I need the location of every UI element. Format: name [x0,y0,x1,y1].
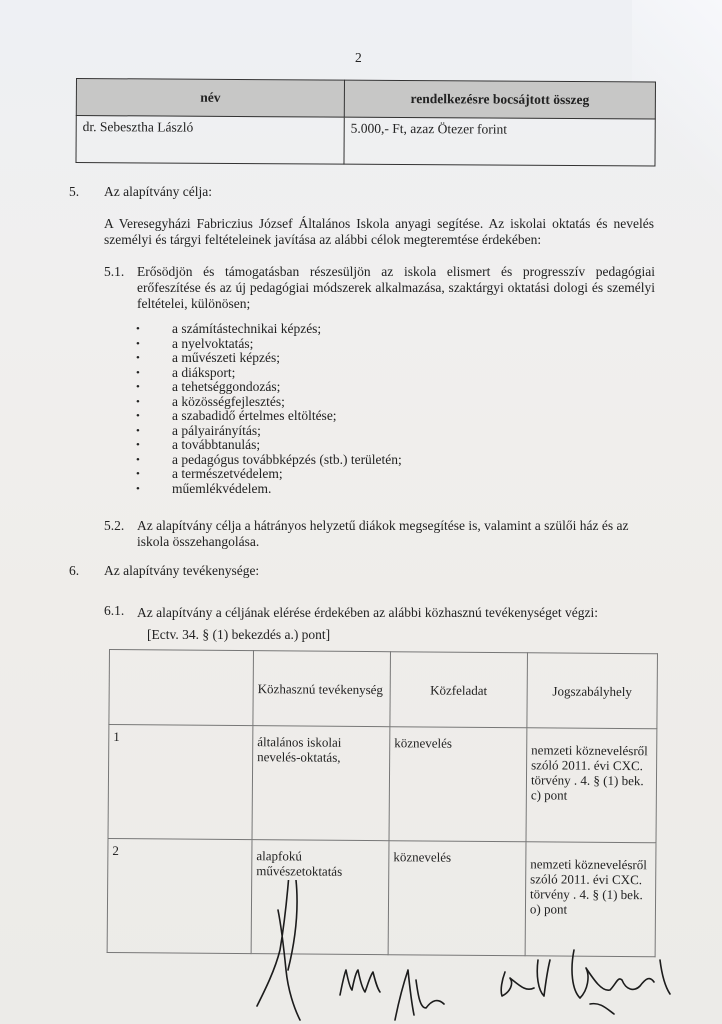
section-5-2-number: 5.2. [104,518,124,534]
table-row: 1 általános iskolai nevelés-oktatás, köz… [108,725,657,843]
list-item: a szabadidő értelmes eltöltése; [136,409,496,424]
list-item: a diáksport; [136,366,496,381]
section-5-title: Az alapítvány célja: [104,184,212,200]
list-item: a közösségfejlesztés; [136,395,496,410]
header-public-task: Közfeladat [390,652,528,728]
section-6-1-text: Az alapítvány a céljának elérése érdekéb… [137,605,662,621]
signature-4 [501,960,550,996]
list-item: a természetvédelem; [136,467,496,482]
legal-reference: [Ectv. 34. § (1) bekezdés a.) pont] [147,627,330,643]
header-activity: Közhasznú tevékenység [253,651,391,727]
signature-1 [257,880,300,1020]
list-item: műemlékvédelem. [136,482,496,497]
signature-5 [572,950,670,1014]
section-5-1-text: Erősödjön és támogatásban részesüljön az… [137,264,655,312]
donor-table: név rendelkezésre bocsájtott összeg dr. … [75,78,656,167]
list-item: a művészeti képzés; [136,351,496,366]
header-amount: rendelkezésre bocsájtott összeg [344,80,655,119]
signatures [230,880,722,1024]
list-item: a pedagógus továbbképzés (stb.) területé… [136,453,496,468]
list-item: a tehetséggondozás; [136,380,496,395]
row-legal-basis: nemzeti köznevelésről szóló 2011. évi CX… [526,728,657,843]
section-5-1-number: 5.1. [104,264,124,280]
list-item: a pályairányítás; [136,424,496,439]
signature-2 [340,970,380,995]
row-index: 1 [108,725,253,840]
section-6-1-number: 6.1. [104,603,124,619]
list-item: a továbbtanulás; [136,438,496,453]
donor-name: dr. Sebesztha László [76,116,344,165]
list-item: a számítástechnikai képzés; [136,322,496,337]
table-row: dr. Sebesztha László 5.000,- Ft, azaz Öt… [76,116,655,167]
activity-table-header: Közhasznú tevékenység Közfeladat Jogszab… [109,650,658,729]
row-public-task: köznevelés [389,727,527,842]
signature-3 [395,970,444,1020]
header-index [109,650,254,726]
donor-table-header: név rendelkezésre bocsájtott összeg [76,79,655,120]
section-6-title: Az alapítvány tevékenysége: [104,563,259,579]
page-number: 2 [355,50,362,66]
section-6-number: 6. [69,563,79,579]
list-item: a nyelvoktatás; [136,337,496,352]
row-activity: általános iskolai nevelés-oktatás, [252,726,390,841]
section-5-2-text: Az alapítvány célja a hátrányos helyzetű… [137,518,662,550]
section-5-number: 5. [69,184,79,200]
section-5-intro: A Veresegyházi Fabriczius József Általán… [104,216,654,248]
header-name: név [76,79,344,118]
goals-list: a számítástechnikai képzés; a nyelvoktat… [136,322,496,496]
donor-amount: 5.000,- Ft, azaz Ötezer forint [344,117,655,166]
header-legal-basis: Jogszabályhely [527,653,658,729]
